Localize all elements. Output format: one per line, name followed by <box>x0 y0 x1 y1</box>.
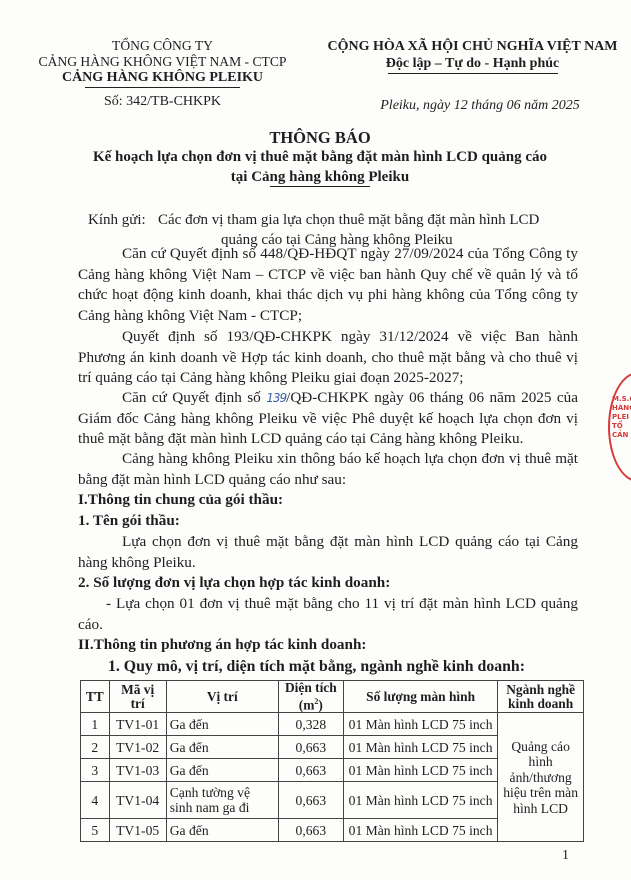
subtitle-line2: tại Cảng hàng không Pleiku <box>30 167 610 187</box>
cell-tt: 3 <box>81 759 110 782</box>
locations-table: TT Mã vị trí Vị trí Diện tích(m2) Số lượ… <box>80 680 584 842</box>
national-heading: CỘNG HÒA XÃ HỘI CHỦ NGHĨA VIỆT NAM Độc l… <box>310 38 631 74</box>
cell-area: 0,663 <box>278 736 343 759</box>
paragraph-legal-basis-3: Căn cứ Quyết định số 139/QĐ-CHKPK ngày 0… <box>78 388 578 450</box>
cell-tt: 1 <box>81 713 110 736</box>
cell-screens: 01 Màn hình LCD 75 inch <box>343 782 497 819</box>
issuer-underline <box>85 87 240 88</box>
header-code: Mã vị trí <box>109 681 166 713</box>
cell-area: 0,663 <box>278 782 343 819</box>
table-row: 1 TV1-01 Ga đến 0,328 01 Màn hình LCD 75… <box>81 713 584 736</box>
recipient-line1: Các đơn vị tham gia lựa chọn thuê mặt bằ… <box>158 210 588 230</box>
cell-location: Ga đến <box>166 736 278 759</box>
cell-location: Ga đến <box>166 713 278 736</box>
cell-screens: 01 Màn hình LCD 75 inch <box>343 759 497 782</box>
cell-code: TV1-02 <box>109 736 166 759</box>
cell-location: Cạnh tường vệ sinh nam ga đi <box>166 782 278 819</box>
issuer-parent-line2: CẢNG HÀNG KHÔNG VIỆT NAM - CTCP <box>20 54 305 70</box>
cell-screens: 01 Màn hình LCD 75 inch <box>343 819 497 842</box>
header-business: Ngành nghề kinh doanh <box>498 681 584 713</box>
cell-screens: 01 Màn hình LCD 75 inch <box>343 713 497 736</box>
cell-business-type: Quảng cáo hình ảnh/thương hiệu trên màn … <box>498 713 584 842</box>
section-1-2-heading: 2. Số lượng đơn vị lựa chọn hợp tác kinh… <box>78 573 390 594</box>
paragraph-legal-basis-1: Căn cứ Quyết định số 448/QĐ-HĐQT ngày 27… <box>78 244 578 326</box>
cell-area: 0,663 <box>278 819 343 842</box>
stamp-text: M.S.C.N HÀNG PLEI TỔ CẢN <box>612 395 631 440</box>
issuer-name: CẢNG HÀNG KHÔNG PLEIKU <box>20 70 305 86</box>
document-subtitle: Kế hoạch lựa chọn đơn vị thuê mặt bằng đ… <box>30 147 610 187</box>
header-area: Diện tích(m2) <box>278 681 343 713</box>
cell-code: TV1-01 <box>109 713 166 736</box>
section-2-heading: II.Thông tin phương án hợp tác kinh doan… <box>78 635 366 656</box>
section-2-1-heading: 1. Quy mô, vị trí, diện tích mặt bằng, n… <box>108 657 525 678</box>
cell-tt: 4 <box>81 782 110 819</box>
header-screens: Số lượng màn hình <box>343 681 497 713</box>
document-number: Số: 342/TB-CHKPK <box>20 94 305 110</box>
header-location: Vị trí <box>166 681 278 713</box>
document-title: THÔNG BÁO <box>30 128 610 148</box>
handwritten-decision-number: 139 <box>266 391 286 405</box>
section-1-heading: I.Thông tin chung của gói thầu: <box>78 490 283 511</box>
cell-location: Ga đến <box>166 819 278 842</box>
page-number: 1 <box>562 846 569 867</box>
header-tt: TT <box>81 681 110 713</box>
cell-code: TV1-05 <box>109 819 166 842</box>
cell-area: 0,663 <box>278 759 343 782</box>
section-1-1-content: Lựa chọn đơn vị thuê mặt bằng đặt màn hì… <box>78 532 578 573</box>
national-motto: Độc lập – Tự do - Hạnh phúc <box>310 55 631 72</box>
document-date: Pleiku, ngày 12 tháng 06 năm 2025 <box>355 96 605 117</box>
cell-screens: 01 Màn hình LCD 75 inch <box>343 736 497 759</box>
cell-tt: 2 <box>81 736 110 759</box>
nation-name: CỘNG HÒA XÃ HỘI CHỦ NGHĨA VIỆT NAM <box>310 38 631 55</box>
cell-area: 0,328 <box>278 713 343 736</box>
paragraph-legal-basis-2: Quyết định số 193/QĐ-CHKPK ngày 31/12/20… <box>78 327 578 389</box>
table-header-row: TT Mã vị trí Vị trí Diện tích(m2) Số lượ… <box>81 681 584 713</box>
p3-before: Căn cứ Quyết định số <box>122 389 266 406</box>
issuer-block: TỔNG CÔNG TY CẢNG HÀNG KHÔNG VIỆT NAM - … <box>20 38 305 110</box>
subtitle-line1: Kế hoạch lựa chọn đơn vị thuê mặt bằng đ… <box>30 147 610 167</box>
cell-code: TV1-03 <box>109 759 166 782</box>
cell-code: TV1-04 <box>109 782 166 819</box>
motto-underline <box>388 73 558 74</box>
title-underline <box>270 186 370 187</box>
section-1-1-heading: 1. Tên gói thầu: <box>78 511 180 532</box>
paragraph-announcement: Cảng hàng không Pleiku xin thông báo kế … <box>78 449 578 490</box>
cell-location: Ga đến <box>166 759 278 782</box>
cell-tt: 5 <box>81 819 110 842</box>
issuer-parent-line1: TỔNG CÔNG TY <box>20 38 305 54</box>
recipient-label: Kính gửi: <box>88 210 146 230</box>
section-1-2-content: - Lựa chọn 01 đơn vị thuê mặt bằng cho 1… <box>78 594 578 635</box>
